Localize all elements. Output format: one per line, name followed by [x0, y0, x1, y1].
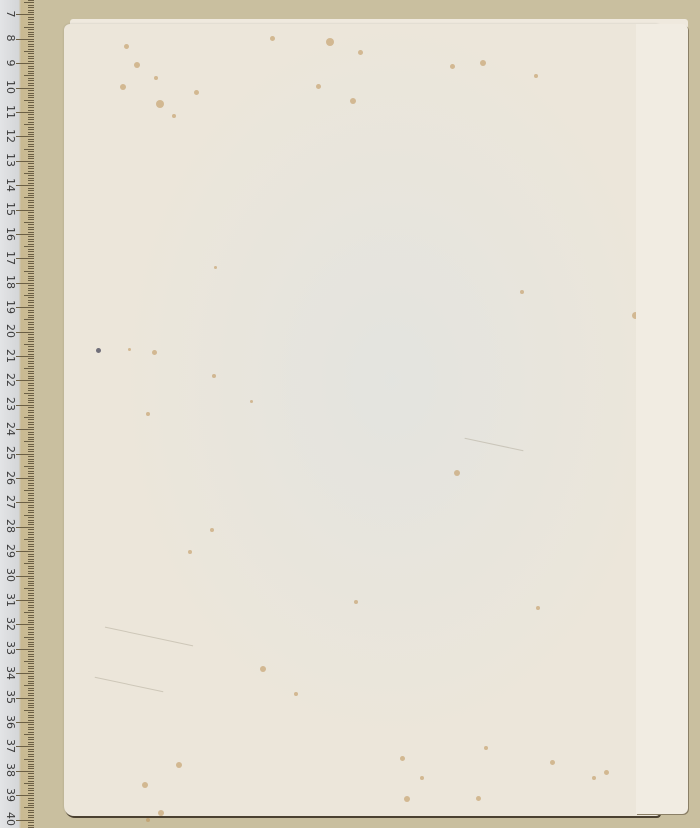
- ruler-tick: [28, 388, 34, 389]
- ruler-tick: [28, 10, 34, 11]
- ruler-tick: [16, 112, 34, 113]
- ruler-tick: [28, 529, 34, 530]
- ruler-tick: [28, 202, 34, 203]
- ruler-tick: [28, 449, 34, 450]
- ruler-tick: [28, 583, 34, 584]
- paper-crease: [465, 438, 524, 451]
- ruler-tick: [24, 124, 34, 125]
- ruler-tick: [24, 612, 34, 613]
- ruler-tick: [28, 151, 34, 152]
- foxing-spot: [210, 528, 214, 532]
- ruler-tick: [28, 351, 34, 352]
- ruler-tick: [28, 803, 34, 804]
- ruler-label: 11: [4, 104, 16, 120]
- ruler-tick: [28, 546, 34, 547]
- ruler-tick: [28, 651, 34, 652]
- ruler-label: 39: [4, 787, 16, 803]
- foxing-spot: [592, 776, 596, 780]
- ruler-tick: [24, 319, 34, 320]
- ruler-tick: [28, 627, 34, 628]
- ruler-tick: [28, 459, 34, 460]
- ruler-tick: [28, 522, 34, 523]
- ruler-tick: [28, 390, 34, 391]
- ruler-tick: [28, 793, 34, 794]
- foxing-spot: [404, 796, 410, 802]
- ruler-tick: [28, 329, 34, 330]
- ruler-tick: [24, 173, 34, 174]
- ruler-tick: [28, 554, 34, 555]
- ruler-tick: [28, 200, 34, 201]
- ruler-tick: [28, 366, 34, 367]
- ruler-tick: [16, 649, 34, 650]
- ruler-tick: [28, 737, 34, 738]
- ruler-tick: [28, 764, 34, 765]
- ruler-tick: [28, 302, 34, 303]
- foxing-spot: [270, 36, 275, 41]
- ruler-tick: [28, 263, 34, 264]
- ruler-tick: [28, 483, 34, 484]
- ruler-label: 35: [4, 689, 16, 705]
- ruler-tick: [28, 229, 34, 230]
- ruler-tick: [28, 158, 34, 159]
- ruler-label: 15: [4, 201, 16, 217]
- ruler-label: 31: [4, 592, 16, 608]
- ruler-tick: [24, 27, 34, 28]
- ruler-tick: [28, 105, 34, 106]
- ruler-tick: [28, 424, 34, 425]
- ruler-tick: [28, 71, 34, 72]
- ruler-tick: [28, 729, 34, 730]
- ruler-tick: [28, 517, 34, 518]
- ruler-tick: [28, 468, 34, 469]
- ruler-tick: [28, 261, 34, 262]
- ruler-tick: [28, 341, 34, 342]
- ruler-tick: [28, 727, 34, 728]
- ruler-tick: [16, 746, 34, 747]
- ruler-tick: [28, 607, 34, 608]
- ruler-tick: [28, 439, 34, 440]
- ruler-tick: [28, 34, 34, 35]
- ruler-tick: [28, 815, 34, 816]
- ruler-tick: [28, 371, 34, 372]
- ruler-tick: [28, 749, 34, 750]
- ruler-tick: [28, 251, 34, 252]
- ruler-tick: [28, 568, 34, 569]
- ruler-label: 32: [4, 616, 16, 632]
- ruler-tick: [16, 356, 34, 357]
- ruler-tick: [28, 534, 34, 535]
- ruler-tick: [28, 766, 34, 767]
- foxing-spot: [120, 84, 126, 90]
- ruler-tick: [28, 256, 34, 257]
- ruler-tick: [28, 85, 34, 86]
- ruler-tick: [28, 463, 34, 464]
- ruler-tick: [28, 141, 34, 142]
- ruler-tick: [24, 515, 34, 516]
- ruler-label: 26: [4, 470, 16, 486]
- ruler-tick: [16, 332, 34, 333]
- ruler-tick: [28, 598, 34, 599]
- ruler-tick: [28, 132, 34, 133]
- ruler-tick: [16, 185, 34, 186]
- blank-paper-sheet: [64, 24, 660, 816]
- ruler-tick: [28, 549, 34, 550]
- ruler-tick: [28, 66, 34, 67]
- ruler-tick: [28, 363, 34, 364]
- ruler-tick: [28, 334, 34, 335]
- ruler-tick: [16, 39, 34, 40]
- ruler-tick: [28, 646, 34, 647]
- ruler-tick: [28, 761, 34, 762]
- ruler-tick: [28, 354, 34, 355]
- ruler-tick: [28, 566, 34, 567]
- ruler-tick: [28, 19, 34, 20]
- ruler-tick: [24, 271, 34, 272]
- ruler-tick: [28, 629, 34, 630]
- ruler-tick: [28, 654, 34, 655]
- ruler-tick: [16, 210, 34, 211]
- ruler-label: 29: [4, 543, 16, 559]
- ruler-tick: [28, 639, 34, 640]
- ruler-label: 22: [4, 372, 16, 388]
- ruler-tick: [28, 244, 34, 245]
- ruler-tick: [28, 36, 34, 37]
- ruler-tick: [28, 322, 34, 323]
- ruler-tick: [16, 600, 34, 601]
- ruler-tick: [28, 249, 34, 250]
- ruler-tick: [16, 283, 34, 284]
- ruler-tick: [28, 415, 34, 416]
- foxing-spot: [484, 746, 488, 750]
- ruler-tick: [28, 744, 34, 745]
- ruler-tick: [28, 790, 34, 791]
- ruler-tick: [28, 212, 34, 213]
- ruler-tick: [24, 539, 34, 540]
- ruler-tick: [28, 571, 34, 572]
- ruler-tick: [28, 24, 34, 25]
- foxing-spot: [158, 810, 164, 816]
- ruler-tick: [24, 588, 34, 589]
- ruler-tick: [28, 56, 34, 57]
- ruler-tick: [28, 41, 34, 42]
- foxing-spot: [480, 60, 486, 66]
- ruler-label: 33: [4, 640, 16, 656]
- foxing-spot: [420, 776, 424, 780]
- ruler-tick: [28, 32, 34, 33]
- foxing-spot: [212, 374, 216, 378]
- ruler-tick: [28, 219, 34, 220]
- ruler-tick: [16, 258, 34, 259]
- ruler-tick: [28, 207, 34, 208]
- ruler-tick: [28, 419, 34, 420]
- ruler-label: 30: [4, 567, 16, 583]
- ruler-tick: [28, 29, 34, 30]
- ruler-tick: [28, 58, 34, 59]
- ruler-label: 21: [4, 348, 16, 364]
- ruler-tick: [24, 466, 34, 467]
- ruler-tick: [28, 5, 34, 6]
- ruler-tick: [28, 505, 34, 506]
- ruler-tick: [28, 520, 34, 521]
- ruler-tick: [28, 512, 34, 513]
- ruler-tick: [28, 95, 34, 96]
- ruler-tick: [28, 510, 34, 511]
- ruler-tick: [28, 273, 34, 274]
- ruler-tick: [16, 380, 34, 381]
- ruler-tick: [28, 732, 34, 733]
- ruler-tick: [28, 239, 34, 240]
- ruler-tick: [28, 422, 34, 423]
- ruler-tick: [16, 624, 34, 625]
- foxing-spot: [134, 62, 140, 68]
- paper-spine-fold: [636, 24, 688, 814]
- ruler-tick: [28, 507, 34, 508]
- foxing-spot: [146, 412, 150, 416]
- foxing-spot: [316, 84, 321, 89]
- ruler-tick: [28, 659, 34, 660]
- ruler-tick: [28, 312, 34, 313]
- ruler-tick: [28, 668, 34, 669]
- ruler-tick: [28, 78, 34, 79]
- ruler-label: 20: [4, 323, 16, 339]
- ruler-tick: [28, 83, 34, 84]
- ruler-tick: [16, 673, 34, 674]
- ruler-tick: [28, 480, 34, 481]
- ruler-tick: [28, 693, 34, 694]
- ruler-tick: [28, 412, 34, 413]
- ruler-tick: [28, 788, 34, 789]
- foxing-spot: [124, 44, 129, 49]
- ruler-tick: [28, 97, 34, 98]
- ruler-tick: [16, 820, 34, 821]
- ruler-tick: [28, 493, 34, 494]
- ruler-tick: [28, 683, 34, 684]
- ruler-tick: [16, 405, 34, 406]
- ruler-tick: [28, 80, 34, 81]
- ruler-tick: [28, 681, 34, 682]
- ruler-tick: [28, 215, 34, 216]
- ruler-tick: [24, 344, 34, 345]
- ruler-tick: [28, 241, 34, 242]
- ruler-tick: [28, 581, 34, 582]
- ruler-tick: [28, 22, 34, 23]
- ruler-tick: [28, 712, 34, 713]
- ruler-tick: [28, 622, 34, 623]
- ruler-tick: [28, 537, 34, 538]
- ruler-tick: [16, 454, 34, 455]
- ruler-tick: [28, 224, 34, 225]
- ruler-tick: [24, 490, 34, 491]
- foxing-spot: [214, 266, 217, 269]
- ruler-tick: [28, 315, 34, 316]
- ruler-tick: [28, 236, 34, 237]
- ruler-tick: [28, 634, 34, 635]
- ruler-tick: [28, 232, 34, 233]
- ruler-tick: [28, 754, 34, 755]
- ruler-tick: [28, 290, 34, 291]
- ruler-tick: [28, 615, 34, 616]
- ruler-tick: [28, 695, 34, 696]
- ruler-tick: [28, 778, 34, 779]
- ruler-tick: [28, 605, 34, 606]
- ruler-tick: [28, 544, 34, 545]
- measuring-ruler: 7891011121314151617181920212223242526272…: [0, 0, 34, 828]
- ruler-tick: [24, 149, 34, 150]
- ruler-tick: [28, 407, 34, 408]
- ruler-tick: [24, 807, 34, 808]
- ruler-tick: [28, 498, 34, 499]
- ruler-tick: [28, 398, 34, 399]
- ruler-tick: [28, 305, 34, 306]
- ruler-tick: [28, 488, 34, 489]
- ruler-tick: [28, 278, 34, 279]
- ruler-tick: [28, 178, 34, 179]
- ruler-tick: [28, 107, 34, 108]
- ruler-tick: [16, 795, 34, 796]
- ruler-tick: [28, 285, 34, 286]
- foxing-spot: [326, 38, 334, 46]
- ruler-tick: [28, 139, 34, 140]
- ruler-tick: [28, 266, 34, 267]
- ruler-tick: [28, 154, 34, 155]
- ruler-tick: [28, 361, 34, 362]
- ruler-tick: [28, 127, 34, 128]
- foxing-spot: [476, 796, 481, 801]
- ruler-tick: [24, 783, 34, 784]
- ruler-tick: [28, 666, 34, 667]
- ruler-tick: [28, 276, 34, 277]
- foxing-spot: [146, 818, 150, 822]
- ruler-tick: [28, 346, 34, 347]
- ruler-tick: [24, 100, 34, 101]
- ruler-tick: [28, 254, 34, 255]
- ruler-tick: [28, 703, 34, 704]
- ruler-tick: [28, 0, 34, 1]
- ruler-tick: [28, 471, 34, 472]
- ruler-tick: [24, 637, 34, 638]
- ruler-tick: [28, 183, 34, 184]
- ruler-label: 36: [4, 714, 16, 730]
- ruler-label: 27: [4, 494, 16, 510]
- ruler-label: 38: [4, 762, 16, 778]
- ruler-tick: [24, 563, 34, 564]
- ruler-tick: [28, 44, 34, 45]
- foxing-spot: [550, 760, 555, 765]
- ruler-label: 25: [4, 445, 16, 461]
- ruler-tick: [28, 53, 34, 54]
- ruler-tick: [28, 595, 34, 596]
- ruler-tick: [28, 724, 34, 725]
- ruler-tick: [16, 527, 34, 528]
- ruler-tick: [28, 742, 34, 743]
- ruler-tick: [28, 119, 34, 120]
- foxing-spot: [176, 762, 182, 768]
- ruler-tick: [16, 88, 34, 89]
- ruler-tick: [28, 798, 34, 799]
- ruler-tick: [28, 785, 34, 786]
- ruler-tick: [28, 678, 34, 679]
- ruler-label: 24: [4, 421, 16, 437]
- ruler-tick: [28, 688, 34, 689]
- ruler-tick: [28, 532, 34, 533]
- ruler-tick: [28, 768, 34, 769]
- ruler-tick: [28, 461, 34, 462]
- ruler-tick: [28, 17, 34, 18]
- foxing-spot: [260, 666, 266, 672]
- ruler-tick: [28, 593, 34, 594]
- paper-crease: [95, 677, 164, 693]
- ruler-label: 14: [4, 177, 16, 193]
- ruler-tick: [28, 620, 34, 621]
- foxing-spot: [194, 90, 199, 95]
- ruler-tick: [28, 227, 34, 228]
- ruler-label: 9: [4, 55, 16, 71]
- ruler-tick: [28, 444, 34, 445]
- ruler-tick: [24, 222, 34, 223]
- ruler-tick: [16, 429, 34, 430]
- ruler-tick: [28, 68, 34, 69]
- ruler-label: 12: [4, 128, 16, 144]
- foxing-spot: [142, 782, 148, 788]
- ruler-tick: [28, 671, 34, 672]
- ruler-tick: [28, 268, 34, 269]
- ruler-tick: [28, 400, 34, 401]
- ruler-tick: [28, 383, 34, 384]
- ruler-tick: [28, 541, 34, 542]
- foxing-spot: [350, 98, 356, 104]
- ruler-tick: [28, 524, 34, 525]
- ruler-tick: [24, 759, 34, 760]
- ruler-tick: [28, 810, 34, 811]
- ruler-tick: [24, 441, 34, 442]
- ruler-tick: [16, 307, 34, 308]
- ruler-tick: [24, 51, 34, 52]
- ruler-label: 17: [4, 250, 16, 266]
- ruler-label: 8: [4, 30, 16, 46]
- ruler-tick: [16, 576, 34, 577]
- ruler-label: 18: [4, 274, 16, 290]
- foxing-spot: [156, 100, 164, 108]
- ruler-tick: [28, 195, 34, 196]
- foxing-spot: [400, 756, 405, 761]
- ruler-tick: [28, 717, 34, 718]
- ruler-tick: [28, 217, 34, 218]
- ruler-label: 34: [4, 665, 16, 681]
- foxing-spot: [520, 290, 524, 294]
- ruler-tick: [28, 337, 34, 338]
- ruler-tick: [28, 102, 34, 103]
- ruler-tick: [28, 446, 34, 447]
- ruler-tick: [28, 73, 34, 74]
- ruler-tick: [24, 710, 34, 711]
- ruler-label: 10: [4, 79, 16, 95]
- ruler-tick: [28, 114, 34, 115]
- ruler-tick: [28, 751, 34, 752]
- ruler-label: 16: [4, 226, 16, 242]
- ruler-tick: [16, 771, 34, 772]
- ruler-tick: [28, 427, 34, 428]
- ruler-tick: [28, 300, 34, 301]
- ruler-tick: [28, 817, 34, 818]
- ruler-tick: [24, 2, 34, 3]
- ruler-tick: [28, 756, 34, 757]
- foxing-spot: [154, 76, 158, 80]
- ruler-tick: [28, 129, 34, 130]
- ruler-tick: [28, 134, 34, 135]
- ruler-tick: [28, 317, 34, 318]
- foxing-spot: [172, 114, 176, 118]
- ruler-tick: [24, 393, 34, 394]
